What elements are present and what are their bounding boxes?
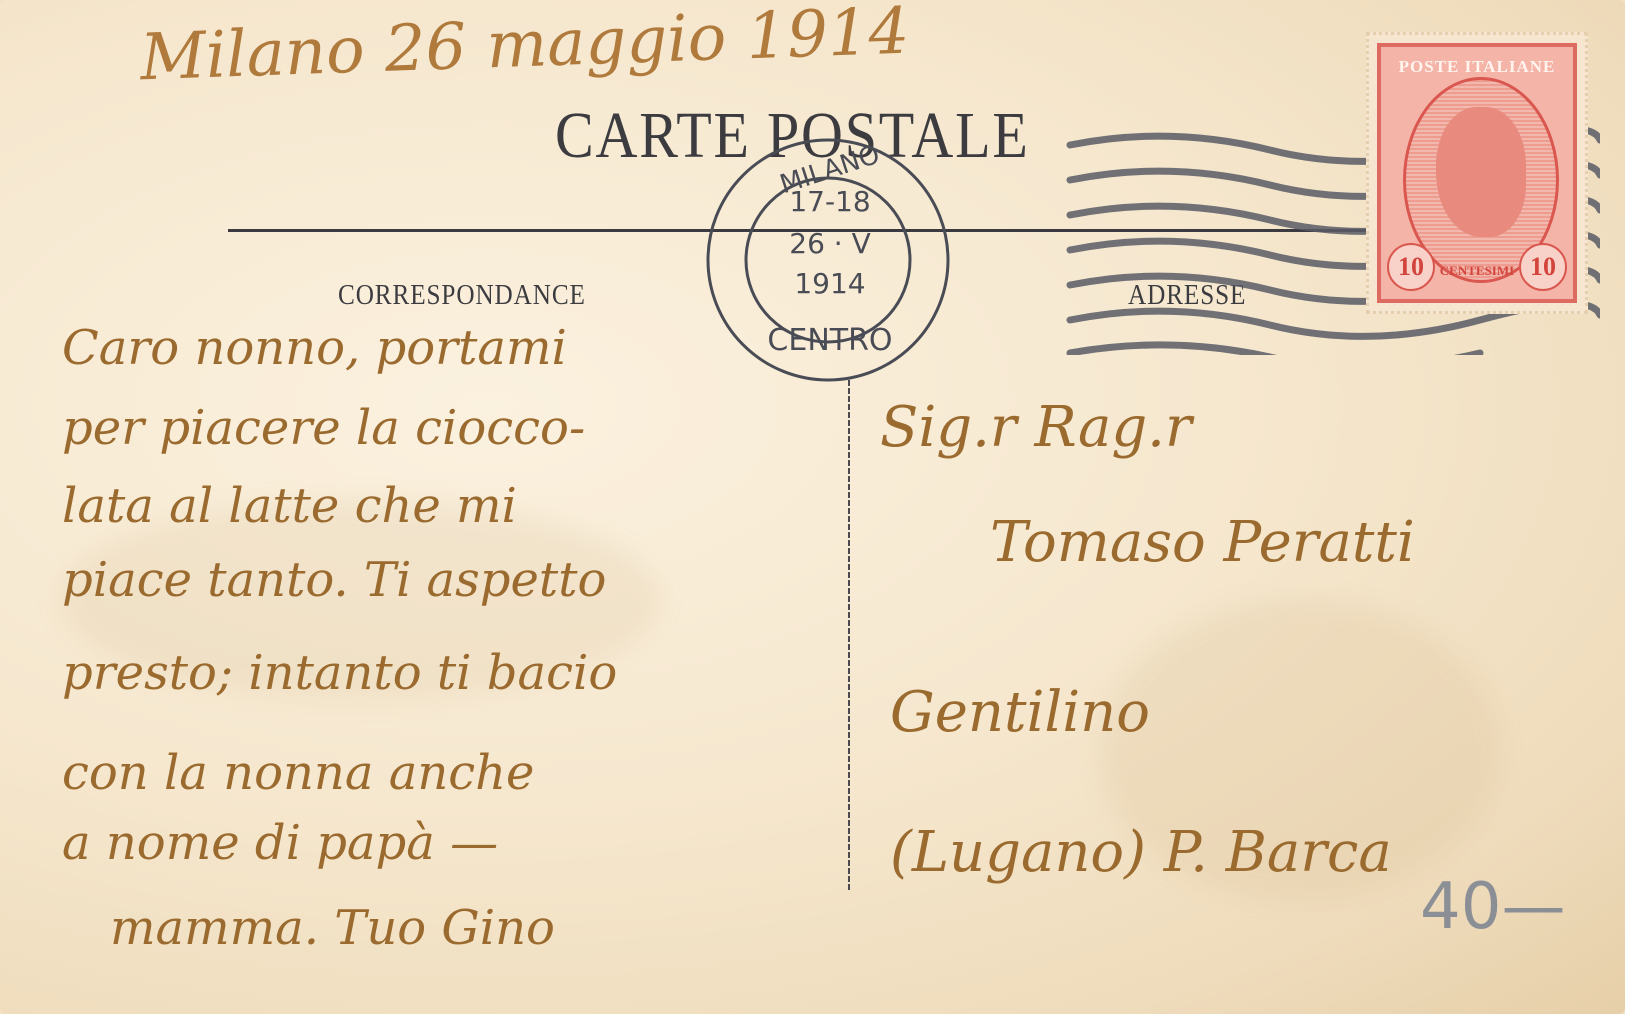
correspondence-label: CORRESPONDANCE — [338, 280, 586, 312]
address-line: Sig.r Rag.r — [880, 395, 1192, 460]
handwritten-date: Milano 26 maggio 1914 — [139, 0, 911, 95]
king-portrait-icon — [1436, 107, 1526, 237]
address-line: Gentilino — [890, 680, 1150, 745]
message-line: lata al latte che mi — [62, 478, 517, 534]
message-line: a nome di papà — — [62, 815, 498, 871]
postmark: MILANO 17-18 26 · V 1914 CENTRO — [690, 135, 970, 385]
stamp-denomination: CENTESIMI — [1429, 263, 1525, 279]
divider-vertical — [848, 380, 850, 890]
stamp-frame: POSTE ITALIANE 10 10 CENTESIMI — [1377, 43, 1577, 303]
message-line: presto; intanto ti bacio — [62, 645, 617, 701]
stamp-issuer: POSTE ITALIANE — [1381, 57, 1573, 77]
stamp-value-left: 10 — [1387, 243, 1435, 291]
postmark-office: CENTRO — [690, 323, 970, 358]
stamp-value-right: 10 — [1519, 243, 1567, 291]
postcard: Milano 26 maggio 1914 CARTE POSTALE CORR… — [0, 0, 1625, 1014]
address-line: (Lugano) P. Barca — [890, 820, 1392, 885]
message-line: mamma. Tuo Gino — [110, 900, 555, 956]
message-line: per piacere la ciocco- — [62, 400, 585, 456]
pencil-price-note: 40— — [1420, 870, 1565, 944]
message-line: con la nonna anche — [62, 745, 534, 801]
message-line: piace tanto. Ti aspetto — [62, 552, 606, 608]
postmark-date: 26 · V — [690, 227, 970, 260]
message-line: Caro nonno, portami — [62, 320, 567, 376]
postmark-year: 1914 — [690, 267, 970, 300]
address-line: Tomaso Peratti — [990, 510, 1415, 575]
postage-stamp: POSTE ITALIANE 10 10 CENTESIMI — [1366, 32, 1588, 314]
postmark-time: 17-18 — [690, 185, 970, 218]
